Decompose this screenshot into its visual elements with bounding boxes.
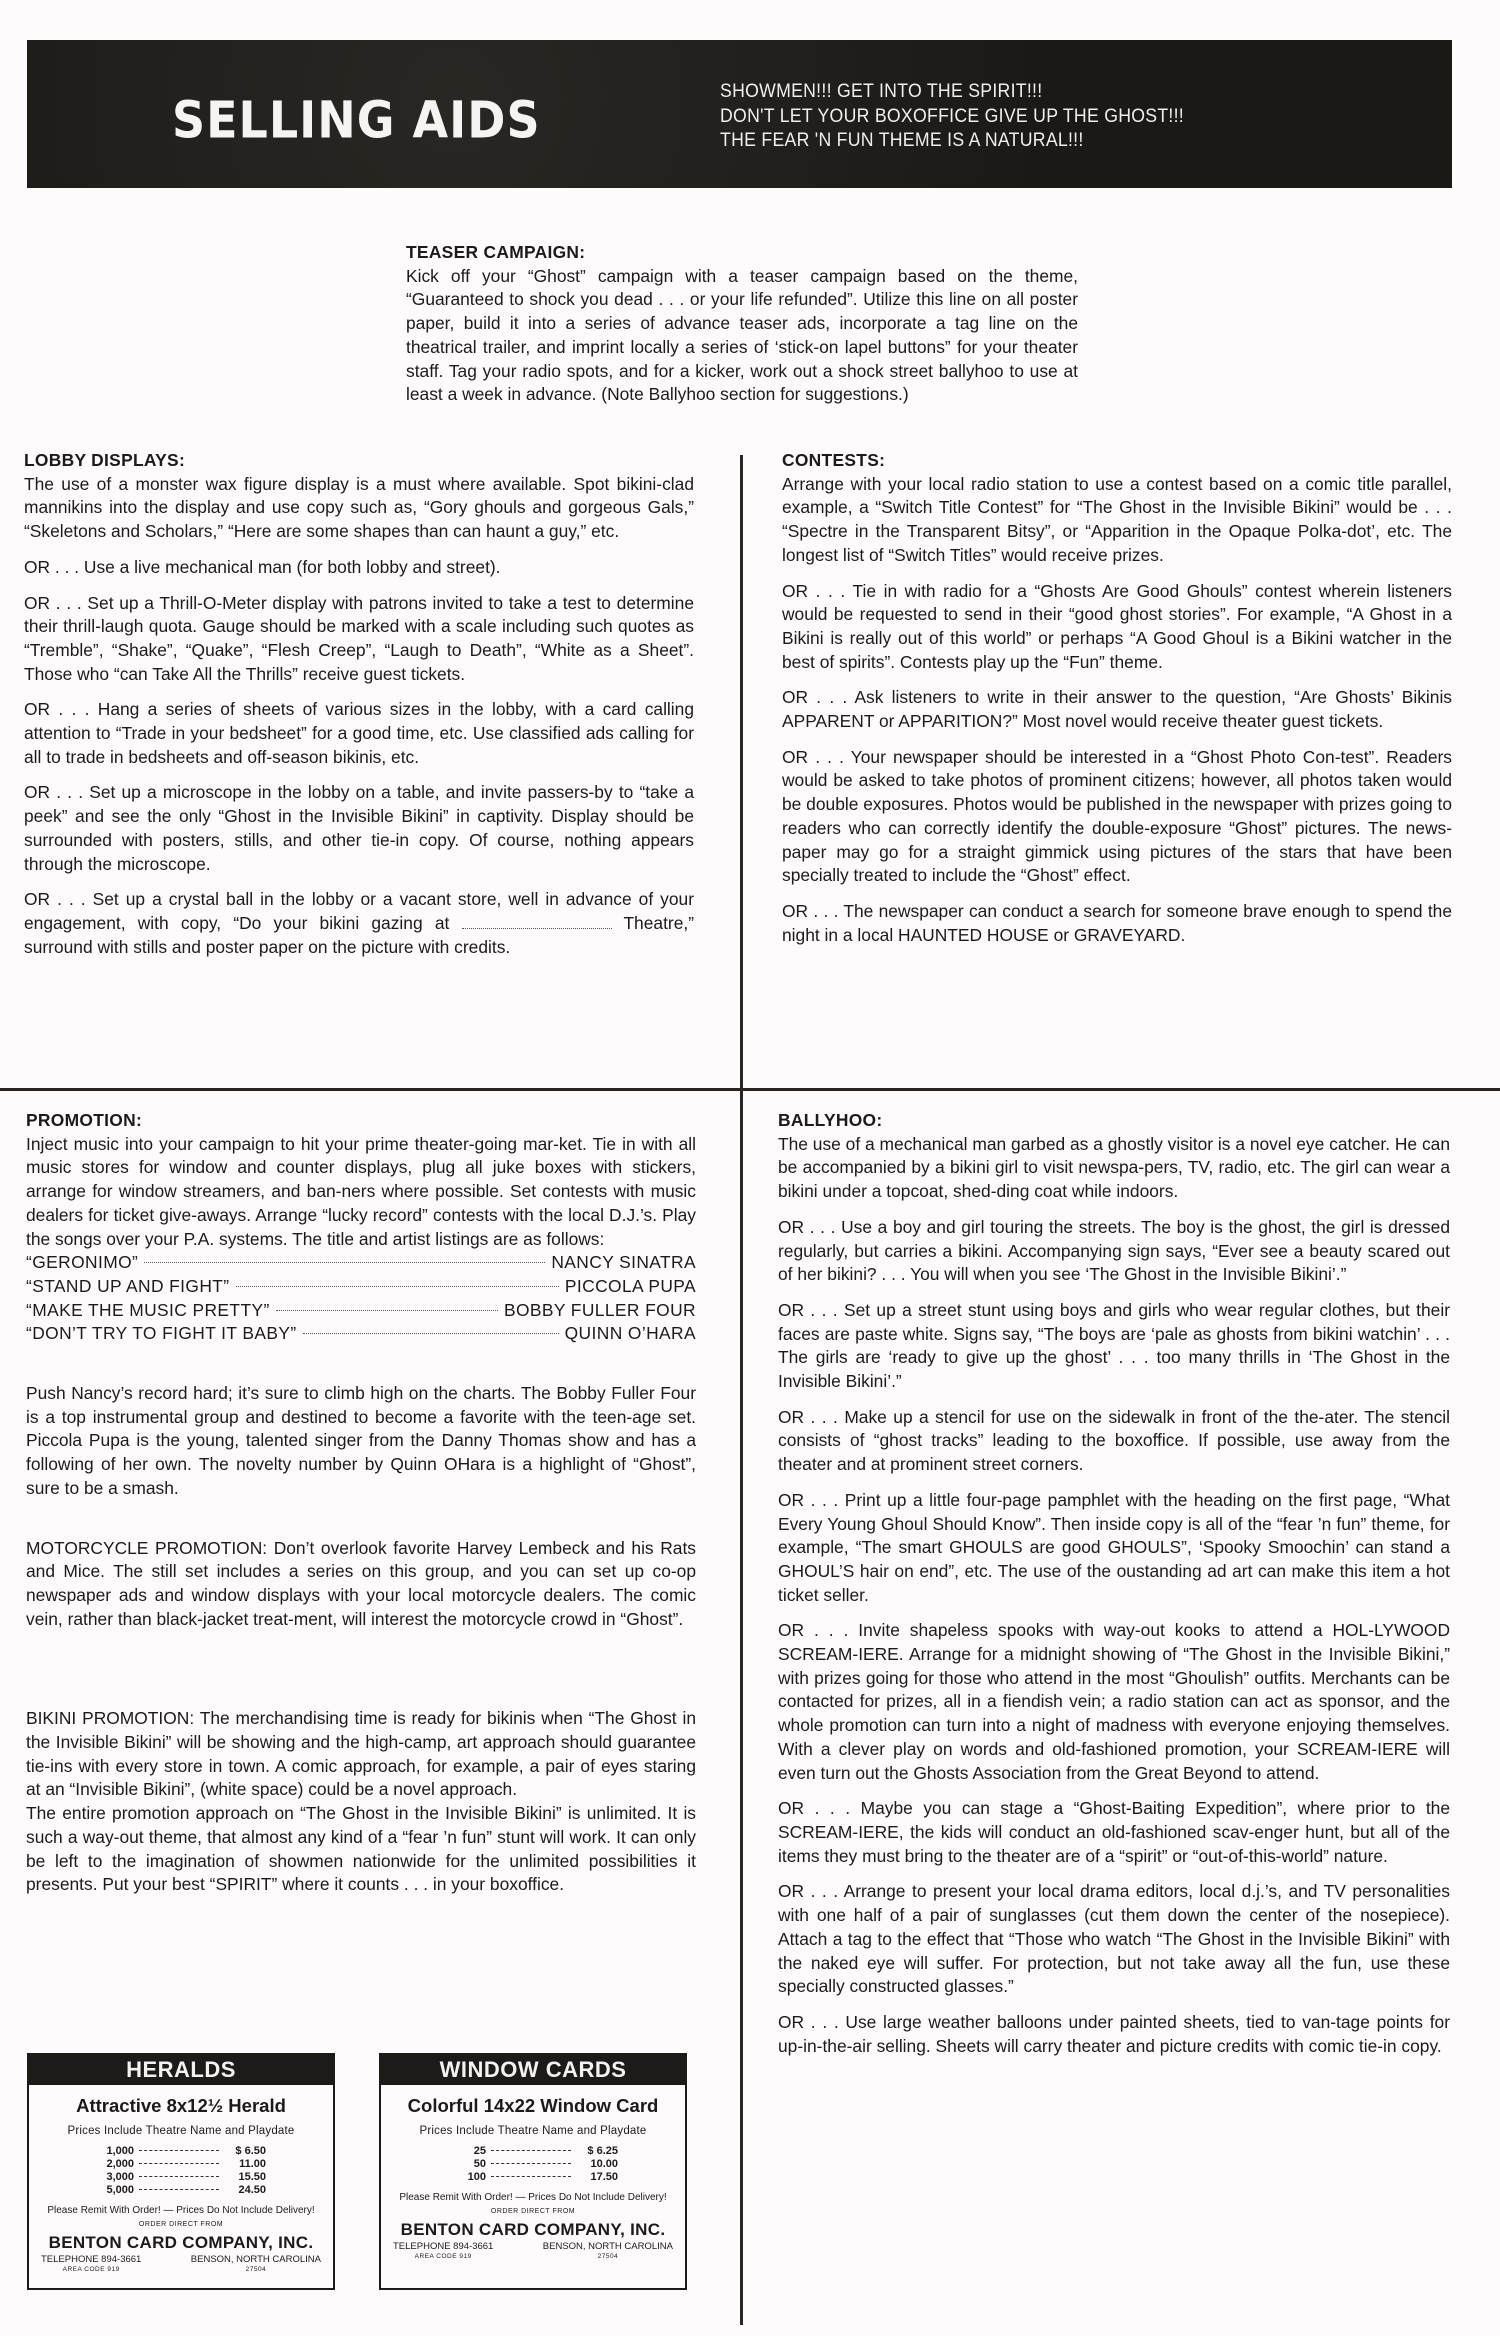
song-artist: BOBBY FULLER FOUR (504, 1299, 696, 1323)
song-artist: QUINN O’HARA (565, 1322, 696, 1346)
leader-dashes (139, 2176, 219, 2177)
quantity: 5,000 (96, 2184, 134, 2197)
price-row: 1,000 $ 6.50 (96, 2145, 266, 2158)
price-row: 50 10.00 (448, 2158, 618, 2171)
song-title: “GERONIMO” (26, 1251, 138, 1275)
spacer (26, 1513, 696, 1537)
banner-taglines: SHOWMEN!!! GET INTO THE SPIRIT!!! DON'T … (720, 80, 1184, 154)
banner-tagline: SHOWMEN!!! GET INTO THE SPIRIT!!! (720, 80, 1184, 105)
price: 24.50 (224, 2184, 266, 2197)
telephone: TELEPHONE 894-3661 (41, 2254, 141, 2265)
teaser-campaign-section: TEASER CAMPAIGN: Kick off your “Ghost” c… (406, 241, 1078, 407)
company-contact: TELEPHONE 894-3661 AREA CODE 919 BENSON,… (29, 2254, 333, 2273)
banner-tagline: THE FEAR 'N FUN THEME IS A NATURAL!!! (720, 129, 1184, 154)
price-row: 3,000 15.50 (96, 2171, 266, 2184)
price-row: 2,000 11.00 (96, 2158, 266, 2171)
location: BENSON, NORTH CAROLINA (543, 2241, 673, 2252)
price: 11.00 (224, 2158, 266, 2171)
paragraph: Kick off your “Ghost” campaign with a te… (406, 265, 1078, 407)
spacer (26, 1358, 696, 1382)
section-heading: BALLYHOO: (778, 1109, 1450, 1133)
price: 10.00 (576, 2158, 618, 2171)
price-row: 5,000 24.50 (96, 2184, 266, 2197)
paragraph: OR . . . Use a boy and girl touring the … (778, 1216, 1450, 1287)
paragraph: OR . . . Set up a street stunt using boy… (778, 1299, 1450, 1394)
adbox-header: HERALDS (29, 2055, 333, 2085)
price-table: 1,000 $ 6.50 2,000 11.00 3,000 15.50 5,0… (96, 2145, 266, 2197)
song-row: “STAND UP AND FIGHT” PICCOLA PUPA (26, 1275, 696, 1299)
banner-tagline: DON'T LET YOUR BOXOFFICE GIVE UP THE GHO… (720, 105, 1184, 130)
section-heading: LOBBY DISPLAYS: (24, 449, 694, 473)
location: BENSON, NORTH CAROLINA (191, 2254, 321, 2265)
selling-aids-banner: SELLING AIDS SHOWMEN!!! GET INTO THE SPI… (27, 40, 1452, 188)
adbox-header: WINDOW CARDS (381, 2055, 685, 2085)
remit-notice: Please Remit With Order! — Prices Do Not… (381, 2192, 685, 2203)
adbox-subtitle: Colorful 14x22 Window Card (381, 2095, 685, 2117)
banner-title: SELLING AIDS (172, 90, 541, 149)
song-title: “STAND UP AND FIGHT” (26, 1275, 230, 1299)
company-contact: TELEPHONE 894-3661 AREA CODE 919 BENSON,… (381, 2241, 685, 2260)
song-row: “DON’T TRY TO FIGHT IT BABY” QUINN O’HAR… (26, 1322, 696, 1346)
paragraph: OR . . . Your newspaper should be intere… (782, 746, 1452, 888)
paragraph-text: OR . . . Set up a crystal ball in the lo… (24, 889, 694, 933)
paragraph: OR . . . Use large weather balloons unde… (778, 2011, 1450, 2058)
section-heading: PROMOTION: (26, 1109, 696, 1133)
price-row: 100 17.50 (448, 2171, 618, 2184)
section-heading: CONTESTS: (782, 449, 1452, 473)
paragraph: OR . . . Hang a series of sheets of vari… (24, 698, 694, 769)
paragraph: The use of a mechanical man garbed as a … (778, 1133, 1450, 1204)
remit-notice: Please Remit With Order! — Prices Do Not… (29, 2205, 333, 2216)
leader-dots (236, 1286, 559, 1287)
price: $ 6.50 (224, 2145, 266, 2158)
paragraph: The entire promotion approach on “The Gh… (26, 1802, 696, 1897)
heralds-order-box: HERALDS Attractive 8x12½ Herald Prices I… (27, 2053, 335, 2290)
leader-dashes (139, 2163, 219, 2164)
paragraph: OR . . . Set up a crystal ball in the lo… (24, 888, 694, 959)
quantity: 2,000 (96, 2158, 134, 2171)
leader-dashes (139, 2189, 219, 2190)
bikini-promotion-paragraph: BIKINI PROMOTION: The merchandising time… (26, 1707, 696, 1802)
contests-section: CONTESTS: Arrange with your local radio … (782, 449, 1452, 959)
leader-dots (144, 1262, 545, 1263)
theatre-name-blank (462, 928, 612, 929)
song-artist: NANCY SINATRA (551, 1251, 696, 1275)
paragraph: OR . . . Ask listeners to write in their… (782, 686, 1452, 733)
zip-code: 27504 (191, 2266, 321, 2273)
leader-dots (303, 1333, 559, 1334)
paragraph: OR . . . Print up a little four-page pam… (778, 1489, 1450, 1608)
leader-dashes (139, 2150, 219, 2151)
area-code: AREA CODE 919 (41, 2266, 141, 2273)
song-row: “GERONIMO” NANCY SINATRA (26, 1251, 696, 1275)
spacer (26, 1643, 696, 1707)
price: $ 6.25 (576, 2145, 618, 2158)
song-list: “GERONIMO” NANCY SINATRA “STAND UP AND F… (26, 1251, 696, 1346)
price-row: 25 $ 6.25 (448, 2145, 618, 2158)
promotion-section: PROMOTION: Inject music into your campai… (26, 1109, 696, 1909)
paragraph: The use of a monster wax figure display … (24, 473, 694, 544)
leader-dashes (491, 2176, 571, 2177)
paragraph: Inject music into your campaign to hit y… (26, 1133, 696, 1252)
song-row: “MAKE THE MUSIC PRETTY” BOBBY FULLER FOU… (26, 1299, 696, 1323)
leader-dashes (491, 2163, 571, 2164)
paragraph: OR . . . Use a live mechanical man (for … (24, 556, 694, 580)
price: 17.50 (576, 2171, 618, 2184)
paragraph: OR . . . Tie in with radio for a “Ghosts… (782, 580, 1452, 675)
paragraph: Push Nancy’s record hard; it’s sure to c… (26, 1382, 696, 1501)
column-divider-vertical (740, 455, 743, 2325)
ballyhoo-section: BALLYHOO: The use of a mechanical man ga… (778, 1109, 1450, 2070)
price-table: 25 $ 6.25 50 10.00 100 17.50 (448, 2145, 618, 2184)
song-title: “DON’T TRY TO FIGHT IT BABY” (26, 1322, 297, 1346)
section-divider-horizontal (0, 1088, 1500, 1091)
lobby-displays-section: LOBBY DISPLAYS: The use of a monster wax… (24, 449, 694, 971)
zip-code: 27504 (543, 2253, 673, 2260)
adbox-subtitle: Attractive 8x12½ Herald (29, 2095, 333, 2117)
telephone: TELEPHONE 894-3661 (393, 2241, 493, 2252)
company-name: BENTON CARD COMPANY, INC. (381, 2220, 685, 2240)
area-code: AREA CODE 919 (393, 2253, 493, 2260)
leader-dashes (491, 2150, 571, 2151)
company-name: BENTON CARD COMPANY, INC. (29, 2233, 333, 2253)
order-direct-label: ORDER DIRECT FROM (381, 2208, 685, 2215)
quantity: 25 (448, 2145, 486, 2158)
price: 15.50 (224, 2171, 266, 2184)
paragraph: OR . . . Set up a microscope in the lobb… (24, 781, 694, 876)
paragraph: OR . . . Arrange to present your local d… (778, 1880, 1450, 1999)
quantity: 50 (448, 2158, 486, 2171)
section-heading: TEASER CAMPAIGN: (406, 241, 1078, 265)
song-title: “MAKE THE MUSIC PRETTY” (26, 1299, 270, 1323)
paragraph: OR . . . Make up a stencil for use on th… (778, 1406, 1450, 1477)
adbox-note: Prices Include Theatre Name and Playdate (29, 2125, 333, 2137)
motorcycle-promotion-paragraph: MOTORCYCLE PROMOTION: Don’t overlook fav… (26, 1537, 696, 1632)
paragraph: OR . . . The newspaper can conduct a sea… (782, 900, 1452, 947)
adbox-note: Prices Include Theatre Name and Playdate (381, 2125, 685, 2137)
paragraph: OR . . . Invite shapeless spooks with wa… (778, 1619, 1450, 1785)
quantity: 3,000 (96, 2171, 134, 2184)
quantity: 1,000 (96, 2145, 134, 2158)
paragraph: Arrange with your local radio station to… (782, 473, 1452, 568)
song-artist: PICCOLA PUPA (565, 1275, 696, 1299)
window-cards-order-box: WINDOW CARDS Colorful 14x22 Window Card … (379, 2053, 687, 2290)
quantity: 100 (448, 2171, 486, 2184)
paragraph: OR . . . Set up a Thrill-O-Meter display… (24, 592, 694, 687)
order-direct-label: ORDER DIRECT FROM (29, 2221, 333, 2228)
paragraph: OR . . . Maybe you can stage a “Ghost-Ba… (778, 1797, 1450, 1868)
leader-dots (276, 1310, 498, 1311)
